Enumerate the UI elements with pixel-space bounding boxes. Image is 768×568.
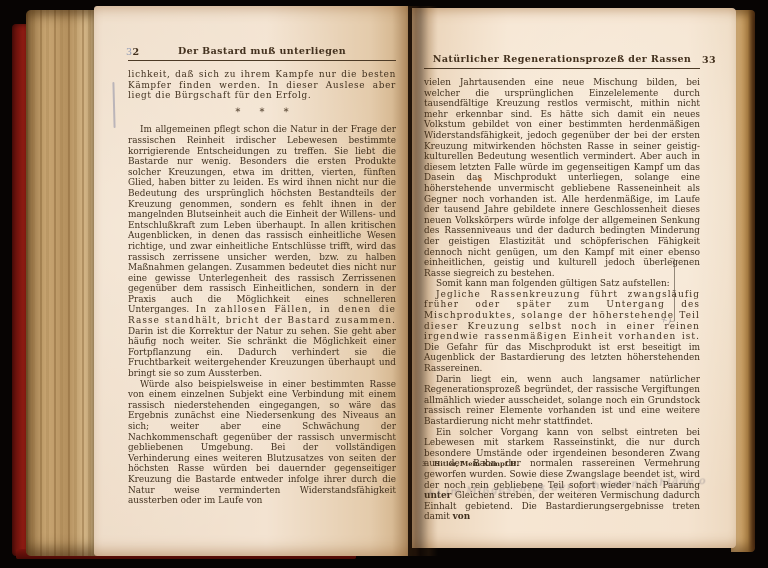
paragraph: vielen Jahrtausenden eine neue Mischung … bbox=[424, 78, 700, 279]
left-page-number: 32 bbox=[126, 47, 139, 58]
paragraph: Jegliche Rassenkreuzung führt zwangsläuf… bbox=[424, 290, 700, 375]
page-number-print-digit: 2 bbox=[132, 47, 139, 58]
page-stack-fore-edge bbox=[26, 10, 96, 556]
signature-mark: 6 bbox=[249, 476, 253, 484]
margin-bracket-mark bbox=[670, 258, 675, 322]
signature-footer: 3Hitler, Mein Kampf II. bbox=[422, 460, 519, 468]
signature-number: 3 bbox=[422, 461, 426, 468]
right-page-text: vielen Jahrtausenden eine neue Mischung … bbox=[424, 78, 700, 523]
paragraph: lichkeit, daß sich zu ihrem Kampfe nur d… bbox=[128, 70, 396, 102]
left-running-head: 32 Der Bastard muß unterliegen bbox=[128, 46, 396, 61]
ink-speck bbox=[478, 178, 482, 182]
left-header-title: Der Bastard muß unterliegen bbox=[128, 46, 396, 61]
footer-book-title: Hitler, Mein Kampf II. bbox=[434, 460, 519, 468]
paragraph: Darin liegt ein, wenn auch langsamer nat… bbox=[424, 375, 700, 428]
page-number-pencil-digit: 3 bbox=[126, 47, 132, 58]
paragraph: Im allgemeinen pflegt schon die Natur in… bbox=[128, 125, 396, 379]
paragraph: Somit kann man folgenden gültigen Satz a… bbox=[424, 279, 700, 290]
right-header-title: Natürlicher Regenerationsprozeß der Rass… bbox=[424, 54, 700, 69]
left-page: 32 Der Bastard muß unterliegen lichkeit,… bbox=[94, 6, 408, 556]
emphasized-thesis: Jegliche Rassenkreuzung führt zwangsläuf… bbox=[424, 290, 700, 342]
asterisk-separator: * * * bbox=[128, 108, 396, 119]
book-photo: { "photo": { "background_color": "#07040… bbox=[0, 0, 768, 568]
paragraph: Würde also beispielsweise in einer besti… bbox=[128, 380, 396, 507]
left-page-text: lichkeit, daß sich zu ihrem Kampfe nur d… bbox=[128, 70, 396, 507]
right-page: Natürlicher Regenerationsprozeß der Rass… bbox=[412, 8, 736, 548]
right-running-head: Natürlicher Regenerationsprozeß der Rass… bbox=[424, 54, 700, 69]
paragraph: Ein solcher Vorgang kann von selbst eint… bbox=[424, 428, 700, 523]
right-page-number: 33 bbox=[702, 55, 716, 66]
